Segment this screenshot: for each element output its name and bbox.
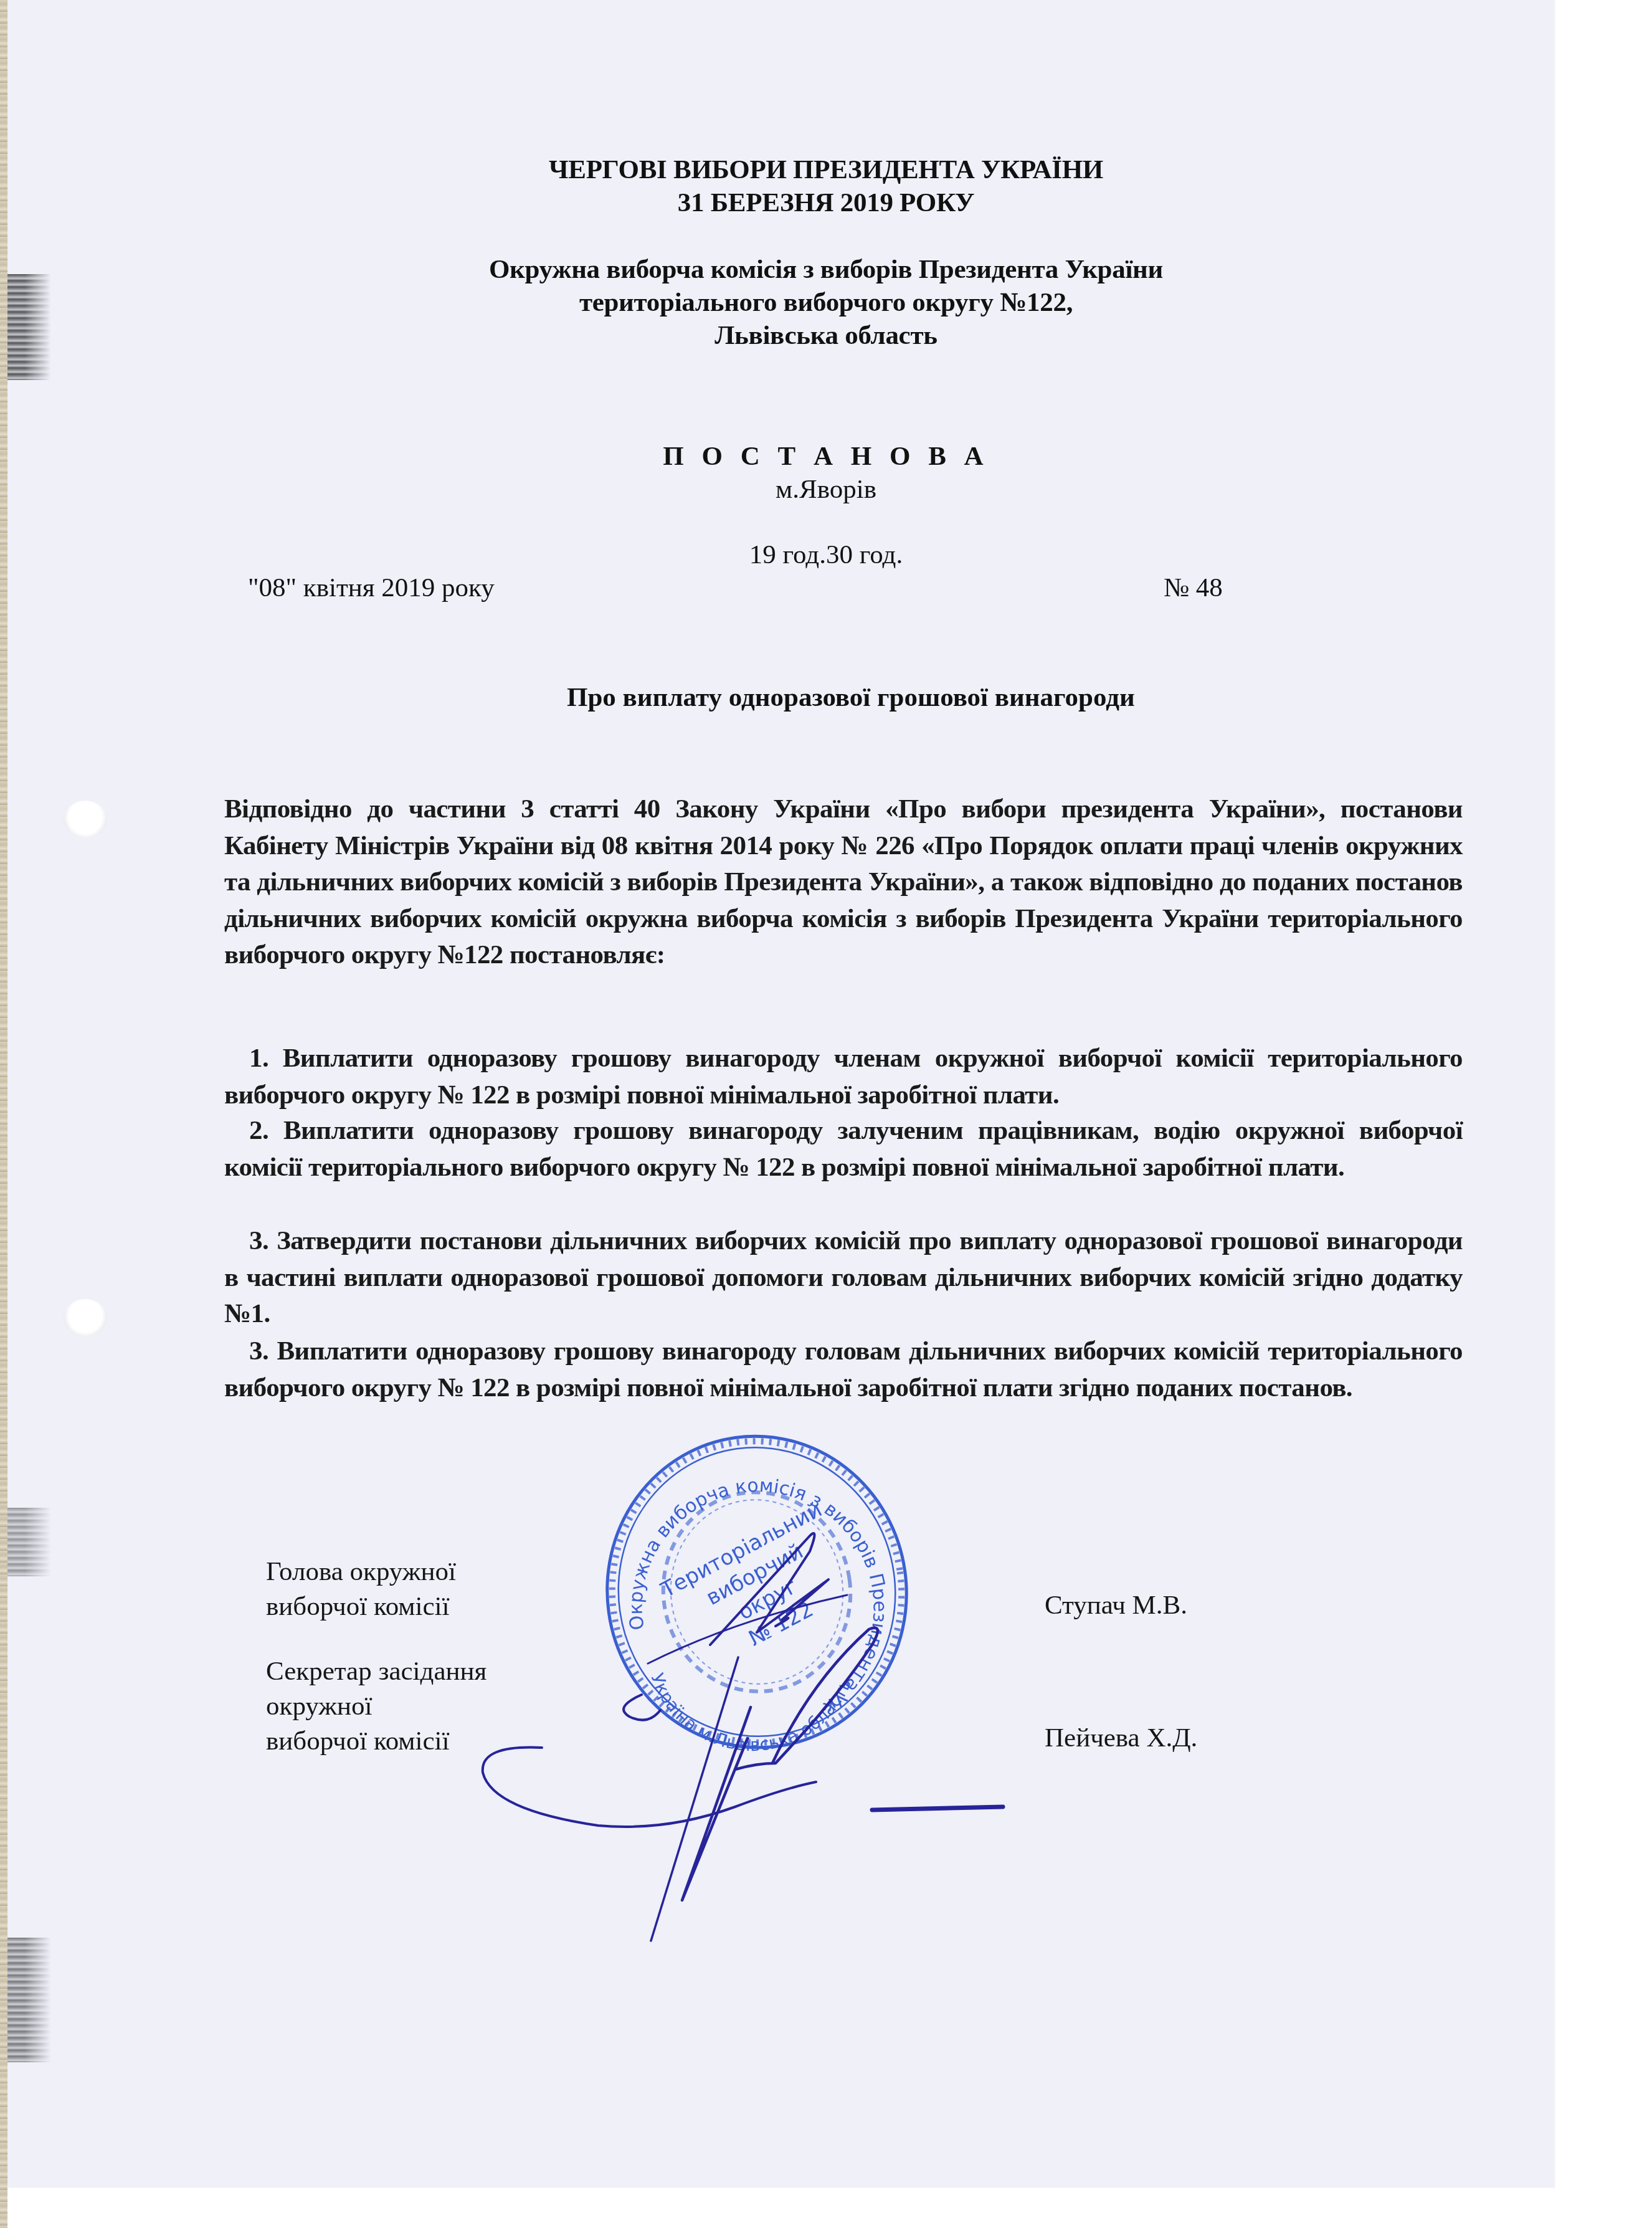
commission-region: Львівська область bbox=[0, 318, 1652, 353]
chair-name: Ступач М.В. bbox=[1045, 1588, 1187, 1623]
resolution-item-3: 3. Затвердити постанови дільничних вибор… bbox=[224, 1223, 1463, 1333]
punch-hole bbox=[64, 801, 107, 838]
document-title: Про виплату одноразової грошової винагор… bbox=[567, 680, 1135, 715]
document-city: м.Яворів bbox=[0, 472, 1652, 507]
resolution-item-1: 1. Виплатити одноразову грошову винагоро… bbox=[224, 1040, 1463, 1113]
document-type: П О С Т А Н О В А bbox=[0, 439, 1652, 474]
secretary-label-line: окружної bbox=[266, 1689, 487, 1724]
scan-smudge bbox=[7, 1508, 51, 1576]
document-time: 19 год.30 год. bbox=[0, 538, 1652, 573]
punch-hole bbox=[64, 1299, 107, 1336]
document-date: "08" квітня 2019 року bbox=[248, 571, 495, 606]
document-number: № 48 bbox=[1164, 571, 1223, 606]
commission-district: територіального виборчого округу №122, bbox=[0, 285, 1652, 320]
secretary-label: Секретар засідання окружної виборчої ком… bbox=[266, 1654, 487, 1759]
election-title: ЧЕРГОВІ ВИБОРИ ПРЕЗИДЕНТА УКРАЇНИ bbox=[0, 153, 1652, 188]
preamble-paragraph: Відповідно до частини 3 статті 40 Закону… bbox=[224, 791, 1463, 974]
chair-label-line: Голова окружної bbox=[266, 1554, 456, 1589]
chair-label-line: виборчої комісії bbox=[266, 1589, 456, 1624]
resolution-item-4: 3. Виплатити одноразову грошову винагоро… bbox=[224, 1333, 1463, 1406]
secretary-name: Пейчева Х.Д. bbox=[1045, 1721, 1197, 1756]
secretary-label-line: виборчої комісії bbox=[266, 1724, 487, 1759]
secretary-label-line: Секретар засідання bbox=[266, 1654, 487, 1689]
commission-name: Окружна виборча комісія з виборів Презид… bbox=[0, 252, 1652, 287]
election-date: 31 БЕРЕЗНЯ 2019 РОКУ bbox=[0, 186, 1652, 221]
resolution-item-2: 2. Виплатити одноразову грошову винагоро… bbox=[224, 1113, 1463, 1186]
chair-label: Голова окружної виборчої комісії bbox=[266, 1554, 456, 1624]
scan-smudge bbox=[7, 1938, 51, 2062]
